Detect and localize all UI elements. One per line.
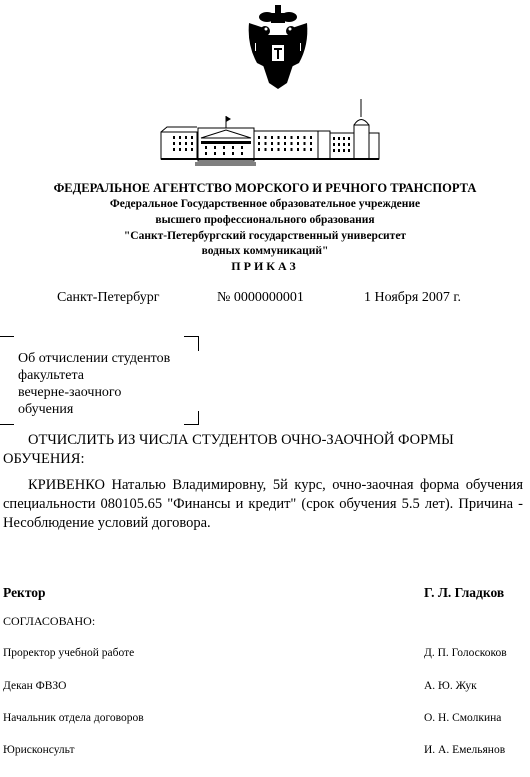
approval-position: Декан ФВЗО <box>3 680 66 692</box>
institution-line-1: Федеральное Государственное образователь… <box>0 198 530 210</box>
approval-position: Юрисконсульт <box>3 744 75 756</box>
order-body: КРИВЕНКО Наталью Владимировну, 5й курс, … <box>3 476 523 533</box>
approval-position: Проректор учебной работе <box>3 647 134 659</box>
subject-line: Об отчислении студентов <box>18 350 198 367</box>
order-directive: ОТЧИСЛИТЬ ИЗ ЧИСЛА СТУДЕНТОВ ОЧНО-ЗАОЧНО… <box>3 431 523 469</box>
signatory-position: Ректор <box>3 585 46 601</box>
russian-coat-of-arms-icon <box>247 5 309 89</box>
institution-line-4: водных коммуникаций" <box>0 245 530 257</box>
subject-line: факультета <box>18 367 198 384</box>
order-number: № 0000000001 <box>217 290 304 306</box>
subject-line: обучения <box>18 401 198 418</box>
order-date: 1 Ноября 2007 г. <box>364 290 461 306</box>
subject-line: вечерне-заочного <box>18 384 198 401</box>
approval-name: А. Ю. Жук <box>424 680 477 692</box>
university-building-icon <box>155 99 380 167</box>
subject-bracket-top-left <box>0 336 14 338</box>
approval-position: Начальник отдела договоров <box>3 712 144 724</box>
approval-name: О. Н. Смолкина <box>424 712 501 724</box>
order-subject: Об отчислении студентов факультета вечер… <box>18 350 198 418</box>
subject-bracket-bottom-left <box>0 424 14 426</box>
agency-name: ФЕДЕРАЛЬНОЕ АГЕНТСТВО МОРСКОГО И РЕЧНОГО… <box>0 181 530 196</box>
document-type-title: ПРИКАЗ <box>0 259 530 274</box>
signatory-name: Г. Л. Гладков <box>424 585 504 601</box>
institution-line-2: высшего профессионального образования <box>0 214 530 226</box>
approval-name: Д. П. Голоскоков <box>424 647 507 659</box>
institution-line-3: "Санкт-Петербургский государственный уни… <box>0 230 530 242</box>
approval-name: И. А. Емельянов <box>424 744 505 756</box>
approvals-title: СОГЛАСОВАНО: <box>3 614 95 629</box>
subject-bracket-top-right <box>184 336 199 351</box>
city: Санкт-Петербург <box>57 290 159 306</box>
